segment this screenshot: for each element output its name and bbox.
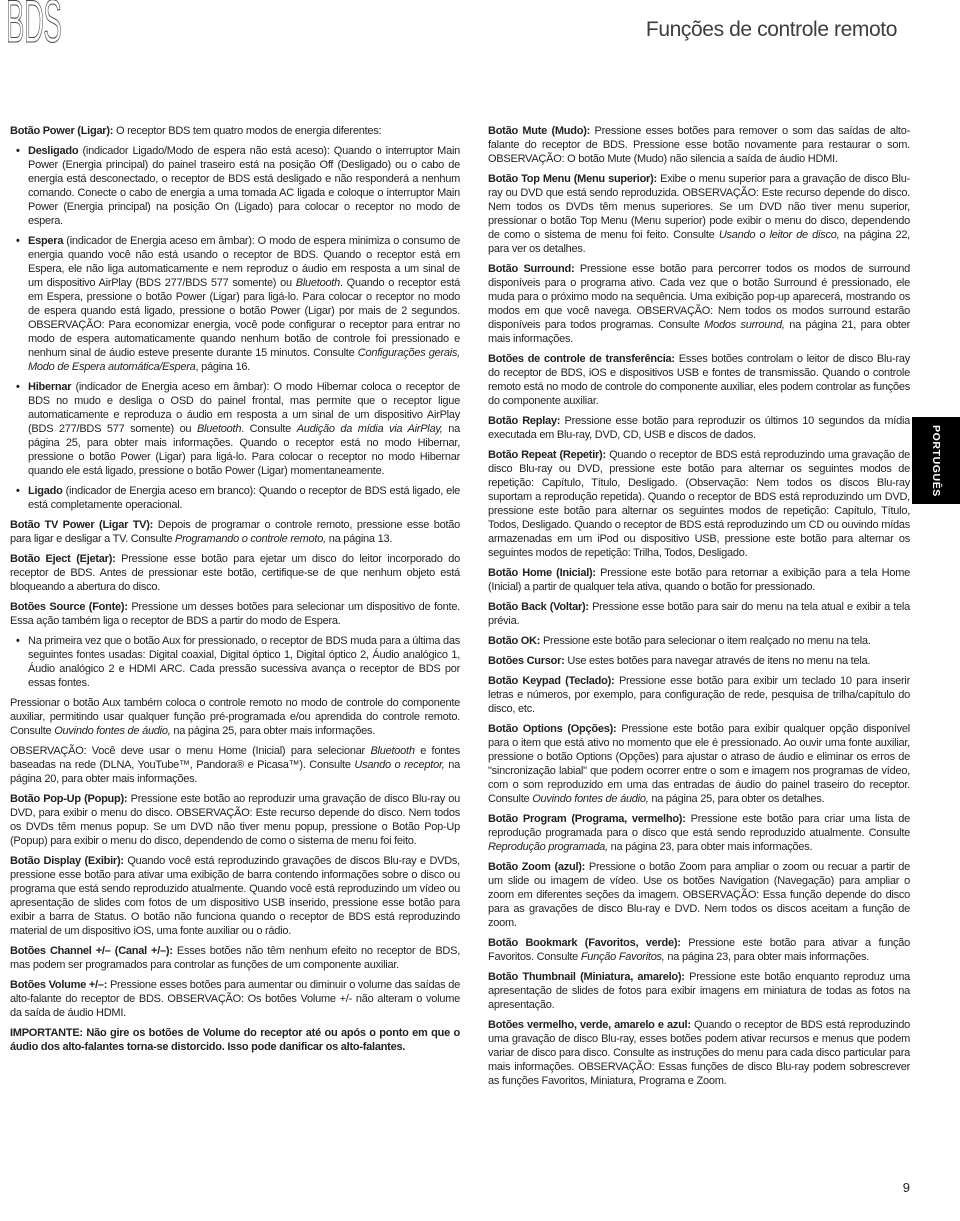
paragraph: Botão Replay: Pressione esse botão para … [488, 414, 910, 442]
paragraph: Botão Repeat (Repetir): Quando o recepto… [488, 448, 910, 560]
paragraph: Botão Program (Programa, vermelho): Pres… [488, 812, 910, 854]
list-item: •Hibernar (indicador de Energia aceso em… [10, 380, 460, 478]
bullet-icon: • [16, 634, 20, 648]
paragraph: Botão Zoom (azul): Pressione o botão Zoo… [488, 860, 910, 930]
bullet-icon: • [16, 380, 20, 394]
paragraph: Botão Display (Exibir): Quando você está… [10, 854, 460, 938]
bullet-icon: • [16, 234, 20, 248]
paragraph: Botão Eject (Ejetar): Pressione esse bot… [10, 552, 460, 594]
column-right: Botão Mute (Mudo): Pressione esses botõe… [488, 124, 910, 1094]
paragraph: Pressionar o botão Aux também coloca o c… [10, 696, 460, 738]
paragraph: Botão Surround: Pressione esse botão par… [488, 262, 910, 346]
paragraph: Botão Home (Inicial): Pressione este bot… [488, 566, 910, 594]
list-item: •Na primeira vez que o botão Aux for pre… [10, 634, 460, 690]
language-tab: PORTUGUÊS [912, 417, 960, 504]
language-tab-label: PORTUGUÊS [930, 425, 942, 497]
list-item: •Espera (indicador de Energia aceso em â… [10, 234, 460, 374]
paragraph: Botão Mute (Mudo): Pressione esses botõe… [488, 124, 910, 166]
paragraph: Botão Thumbnail (Miniatura, amarelo): Pr… [488, 970, 910, 1012]
paragraph: Botão Keypad (Teclado): Pressione esse b… [488, 674, 910, 716]
list-item: •Desligado (indicador Ligado/Modo de esp… [10, 144, 460, 228]
paragraph: Botão Bookmark (Favoritos, verde): Press… [488, 936, 910, 964]
bullet-icon: • [16, 144, 20, 158]
bds-logo: BDS [6, 0, 61, 52]
paragraph: Botão Pop-Up (Popup): Pressione este bot… [10, 792, 460, 848]
paragraph: Botão Top Menu (Menu superior): Exibe o … [488, 172, 910, 256]
paragraph: Botões Channel +/– (Canal +/–): Esses bo… [10, 944, 460, 972]
paragraph: Botões Cursor: Use estes botões para nav… [488, 654, 910, 668]
manual-page: BDS Funções de controle remoto Botão Pow… [0, 0, 960, 1221]
paragraph: Botão Power (Ligar): O receptor BDS tem … [10, 124, 460, 138]
paragraph: Botões Source (Fonte): Pressione um dess… [10, 600, 460, 628]
paragraph: Botão TV Power (Ligar TV): Depois de pro… [10, 518, 460, 546]
paragraph: Botão Options (Opções): Pressione este b… [488, 722, 910, 806]
bullet-icon: • [16, 484, 20, 498]
paragraph: Botão Back (Voltar): Pressione esse botã… [488, 600, 910, 628]
paragraph: Botões de controle de transferência: Ess… [488, 352, 910, 408]
paragraph: Botões vermelho, verde, amarelo e azul: … [488, 1018, 910, 1088]
page-number: 9 [903, 1180, 910, 1195]
list-item: •Ligado (indicador de Energia aceso em b… [10, 484, 460, 512]
page-title: Funções de controle remoto [646, 18, 897, 42]
paragraph: Botão OK: Pressione este botão para sele… [488, 634, 910, 648]
paragraph: OBSERVAÇÃO: Você deve usar o menu Home (… [10, 744, 460, 786]
paragraph: IMPORTANTE: Não gire os botões de Volume… [10, 1026, 460, 1054]
paragraph: Botões Volume +/–: Pressione esses botõe… [10, 978, 460, 1020]
column-left: Botão Power (Ligar): O receptor BDS tem … [10, 124, 460, 1060]
